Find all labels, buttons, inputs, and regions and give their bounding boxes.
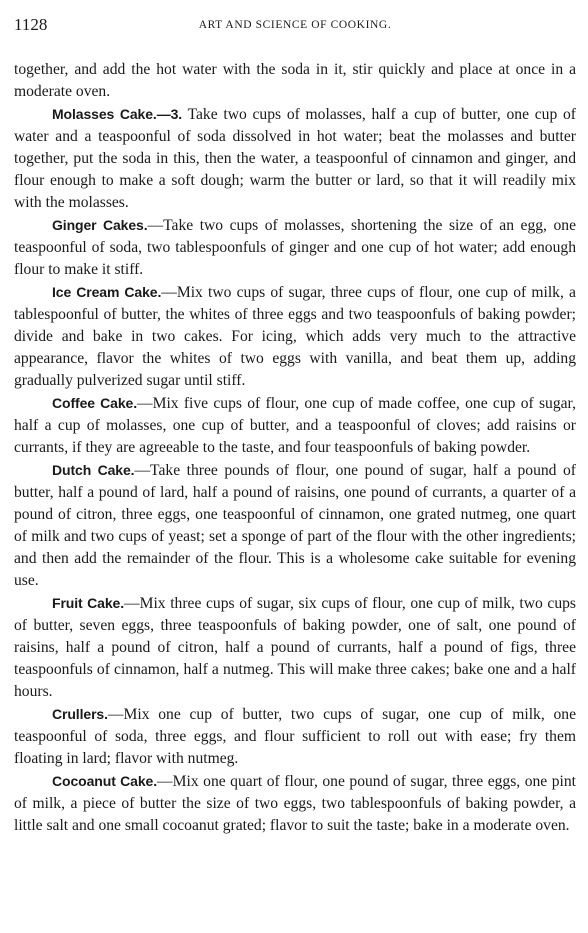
recipe-title: Fruit Cake. — [52, 595, 124, 611]
book-page: 1128 ART AND SCIENCE OF COOKING. togethe… — [0, 0, 588, 933]
running-head: ART AND SCIENCE OF COOKING. — [14, 16, 576, 34]
recipe-dutch-cake: Dutch Cake.—Take three pounds of flour, … — [14, 459, 576, 592]
recipe-molasses-cake: Molasses Cake.—3. Take two cups of molas… — [14, 103, 576, 214]
recipe-fruit-cake: Fruit Cake.—Mix three cups of sugar, six… — [14, 592, 576, 703]
recipe-text: —Take three pounds of flour, one pound o… — [14, 462, 576, 589]
recipe-title: Coffee Cake. — [52, 395, 137, 411]
recipe-cocoanut-cake: Cocoanut Cake.—Mix one quart of flour, o… — [14, 770, 576, 837]
paragraph-text: together, and add the hot water with the… — [14, 61, 576, 100]
recipe-title: Molasses Cake.—3. — [52, 106, 182, 122]
page-header: 1128 ART AND SCIENCE OF COOKING. — [14, 14, 576, 36]
recipe-title: Dutch Cake. — [52, 462, 134, 478]
recipe-crullers: Crullers.—Mix one cup of butter, two cup… — [14, 703, 576, 770]
recipe-coffee-cake: Coffee Cake.—Mix five cups of flour, one… — [14, 392, 576, 459]
page-body: together, and add the hot water with the… — [14, 59, 576, 837]
paragraph-continuation: together, and add the hot water with the… — [14, 59, 576, 103]
recipe-title: Ice Cream Cake. — [52, 284, 161, 300]
recipe-title: Crullers. — [52, 706, 108, 722]
recipe-title: Cocoanut Cake. — [52, 773, 157, 789]
recipe-title: Ginger Cakes. — [52, 217, 148, 233]
recipe-ginger-cakes: Ginger Cakes.—Take two cups of molasses,… — [14, 214, 576, 281]
recipe-ice-cream-cake: Ice Cream Cake.—Mix two cups of sugar, t… — [14, 281, 576, 392]
